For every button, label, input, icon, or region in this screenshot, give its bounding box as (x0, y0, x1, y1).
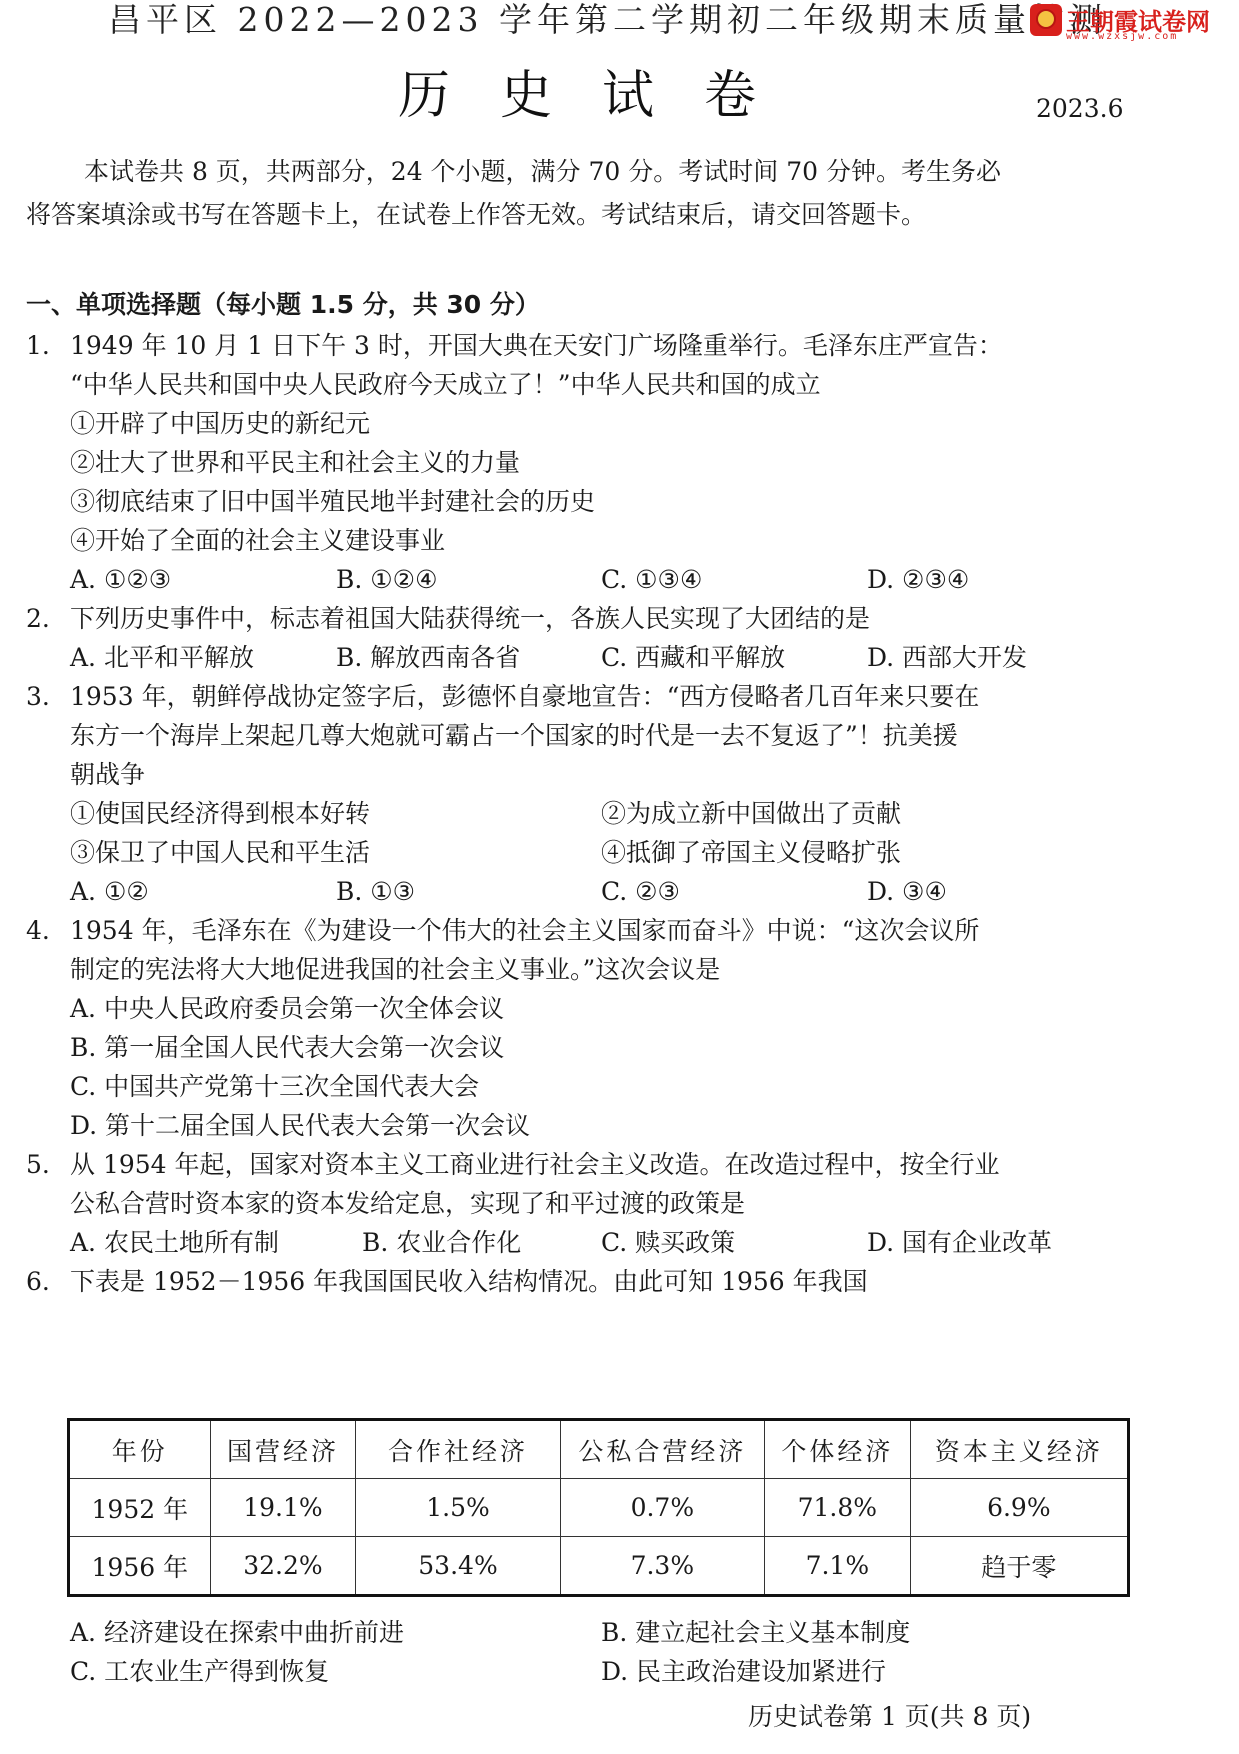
question-number: 1. (26, 324, 50, 367)
table-header-cell: 资本主义经济 (910, 1420, 1128, 1479)
instructions-line: 将答案填涂或书写在答题卡上，在试卷上作答无效。考试结束后，请交回答题卡。 (26, 193, 1126, 236)
subject-char: 历 (398, 66, 450, 126)
option-c[interactable]: C. ②③ (601, 870, 680, 913)
statement: ①使国民经济得到根本好转 (70, 792, 370, 835)
section-heading: 一、单项选择题（每小题 1.5 分，共 30 分） (26, 285, 540, 321)
statement: ④开始了全面的社会主义建设事业 (70, 519, 445, 562)
question-stem: 公私合营时资本家的资本发给定息，实现了和平过渡的政策是 (70, 1182, 745, 1225)
option-c[interactable]: C. 赎买政策 (601, 1221, 735, 1264)
question-stem: 制定的宪法将大大地促进我国的社会主义事业。”这次会议是 (70, 948, 720, 991)
option-b[interactable]: B. ①③ (336, 870, 415, 913)
statement: ③保卫了中国人民和平生活 (70, 831, 370, 874)
table-header-row: 年份 国营经济 合作社经济 公私合营经济 个体经济 资本主义经济 (69, 1420, 1129, 1479)
subject-title: 历史试卷 (398, 66, 756, 126)
option-d[interactable]: D. 第十二届全国人民代表大会第一次会议 (70, 1104, 530, 1147)
table-cell: 7.1% (765, 1537, 911, 1596)
option-a[interactable]: A. ①②③ (70, 558, 171, 601)
subject-char: 试 (602, 66, 654, 126)
statement: ②壮大了世界和平民主和社会主义的力量 (70, 441, 520, 484)
table-cell: 53.4% (356, 1537, 560, 1596)
table-header-cell: 国营经济 (210, 1420, 356, 1479)
option-b[interactable]: B. 建立起社会主义基本制度 (601, 1611, 910, 1654)
question-number: 2. (26, 597, 50, 640)
table-cell: 1952 年 (69, 1479, 211, 1537)
table-row: 1956 年 32.2% 53.4% 7.3% 7.1% 趋于零 (69, 1537, 1129, 1596)
statement: ③彻底结束了旧中国半殖民地半封建社会的历史 (70, 480, 595, 523)
option-d[interactable]: D. ②③④ (867, 558, 969, 601)
option-c[interactable]: C. 中国共产党第十三次全国代表大会 (70, 1065, 479, 1108)
question-number: 5. (26, 1143, 50, 1186)
table-cell: 趋于零 (910, 1537, 1128, 1596)
question-stem: 1954 年，毛泽东在《为建设一个伟大的社会主义国家而奋斗》中说：“这次会议所 (70, 909, 979, 952)
subject-char: 卷 (704, 66, 756, 126)
option-a[interactable]: A. ①② (70, 870, 149, 913)
question-stem: 下列历史事件中，标志着祖国大陆获得统一，各族人民实现了大团结的是 (70, 597, 870, 640)
option-d[interactable]: D. 民主政治建设加紧进行 (601, 1650, 886, 1693)
question-stem: 1953 年，朝鲜停战协定签字后，彭德怀自豪地宣告：“西方侵略者几百年来只要在 (70, 675, 979, 718)
logo-url: www.wzxsjw.com (1066, 31, 1178, 42)
statement: ④抵御了帝国主义侵略扩张 (601, 831, 901, 874)
table-cell: 19.1% (210, 1479, 356, 1537)
question-stem: 从 1954 年起，国家对资本主义工商业进行社会主义改造。在改造过程中，按全行业 (70, 1143, 1000, 1186)
table-cell: 1956 年 (69, 1537, 211, 1596)
option-d[interactable]: D. ③④ (867, 870, 947, 913)
question-stem: “中华人民共和国中央人民政府今天成立了！”中华人民共和国的成立 (70, 363, 821, 406)
question-stem: 朝战争 (70, 753, 145, 796)
question-stem: 1949 年 10 月 1 日下午 3 时，开国大典在天安门广场隆重举行。毛泽东… (70, 324, 1003, 367)
option-a[interactable]: A. 北平和平解放 (70, 636, 254, 679)
option-c[interactable]: C. ①③④ (601, 558, 702, 601)
watermark-logo: 王朝霞试卷网 www.wzxsjw.com (1030, 4, 1239, 44)
exam-header-title: 昌平区 2022—2023 学年第二学期初二年级期末质量抽测 (108, 0, 1107, 40)
page-number-footer: 历史试卷第 1 页(共 8 页) (748, 1697, 1031, 1733)
exam-date: 2023.6 (1036, 94, 1123, 123)
table-cell: 6.9% (910, 1479, 1128, 1537)
table-row: 1952 年 19.1% 1.5% 0.7% 71.8% 6.9% (69, 1479, 1129, 1537)
question-number: 3. (26, 675, 50, 718)
option-b[interactable]: B. 第一届全国人民代表大会第一次会议 (70, 1026, 504, 1069)
option-a[interactable]: A. 中央人民政府委员会第一次全体会议 (70, 987, 504, 1030)
table-header-cell: 合作社经济 (356, 1420, 560, 1479)
exam-instructions: 本试卷共 8 页，共两部分，24 个小题，满分 70 分。考试时间 70 分钟。… (26, 150, 1126, 236)
table-cell: 7.3% (560, 1537, 764, 1596)
option-a[interactable]: A. 经济建设在探索中曲折前进 (70, 1611, 404, 1654)
question-number: 4. (26, 909, 50, 952)
table-header-cell: 公私合营经济 (560, 1420, 764, 1479)
question-number: 6. (26, 1260, 50, 1303)
statement: ①开辟了中国历史的新纪元 (70, 402, 370, 445)
option-c[interactable]: C. 西藏和平解放 (601, 636, 785, 679)
income-structure-table: 年份 国营经济 合作社经济 公私合营经济 个体经济 资本主义经济 1952 年 … (67, 1418, 1130, 1597)
question-stem: 下表是 1952－1956 年我国国民收入结构情况。由此可知 1956 年我国 (70, 1260, 868, 1303)
table-cell: 0.7% (560, 1479, 764, 1537)
table-cell: 32.2% (210, 1537, 356, 1596)
option-c[interactable]: C. 工农业生产得到恢复 (70, 1650, 329, 1693)
subject-char: 史 (500, 66, 552, 126)
option-a[interactable]: A. 农民土地所有制 (70, 1221, 279, 1264)
option-b[interactable]: B. 农业合作化 (362, 1221, 521, 1264)
question-stem: 东方一个海岸上架起几尊大炮就可霸占一个国家的时代是一去不复返了”！抗美援 (70, 714, 958, 757)
option-d[interactable]: D. 国有企业改革 (867, 1221, 1052, 1264)
table-header-cell: 个体经济 (765, 1420, 911, 1479)
instructions-line: 本试卷共 8 页，共两部分，24 个小题，满分 70 分。考试时间 70 分钟。… (26, 150, 1126, 193)
option-b[interactable]: B. 解放西南各省 (336, 636, 520, 679)
table-cell: 1.5% (356, 1479, 560, 1537)
table-header-cell: 年份 (69, 1420, 211, 1479)
option-d[interactable]: D. 西部大开发 (867, 636, 1027, 679)
statement: ②为成立新中国做出了贡献 (601, 792, 901, 835)
table-cell: 71.8% (765, 1479, 911, 1537)
option-b[interactable]: B. ①②④ (336, 558, 438, 601)
logo-emblem-icon (1030, 4, 1062, 36)
